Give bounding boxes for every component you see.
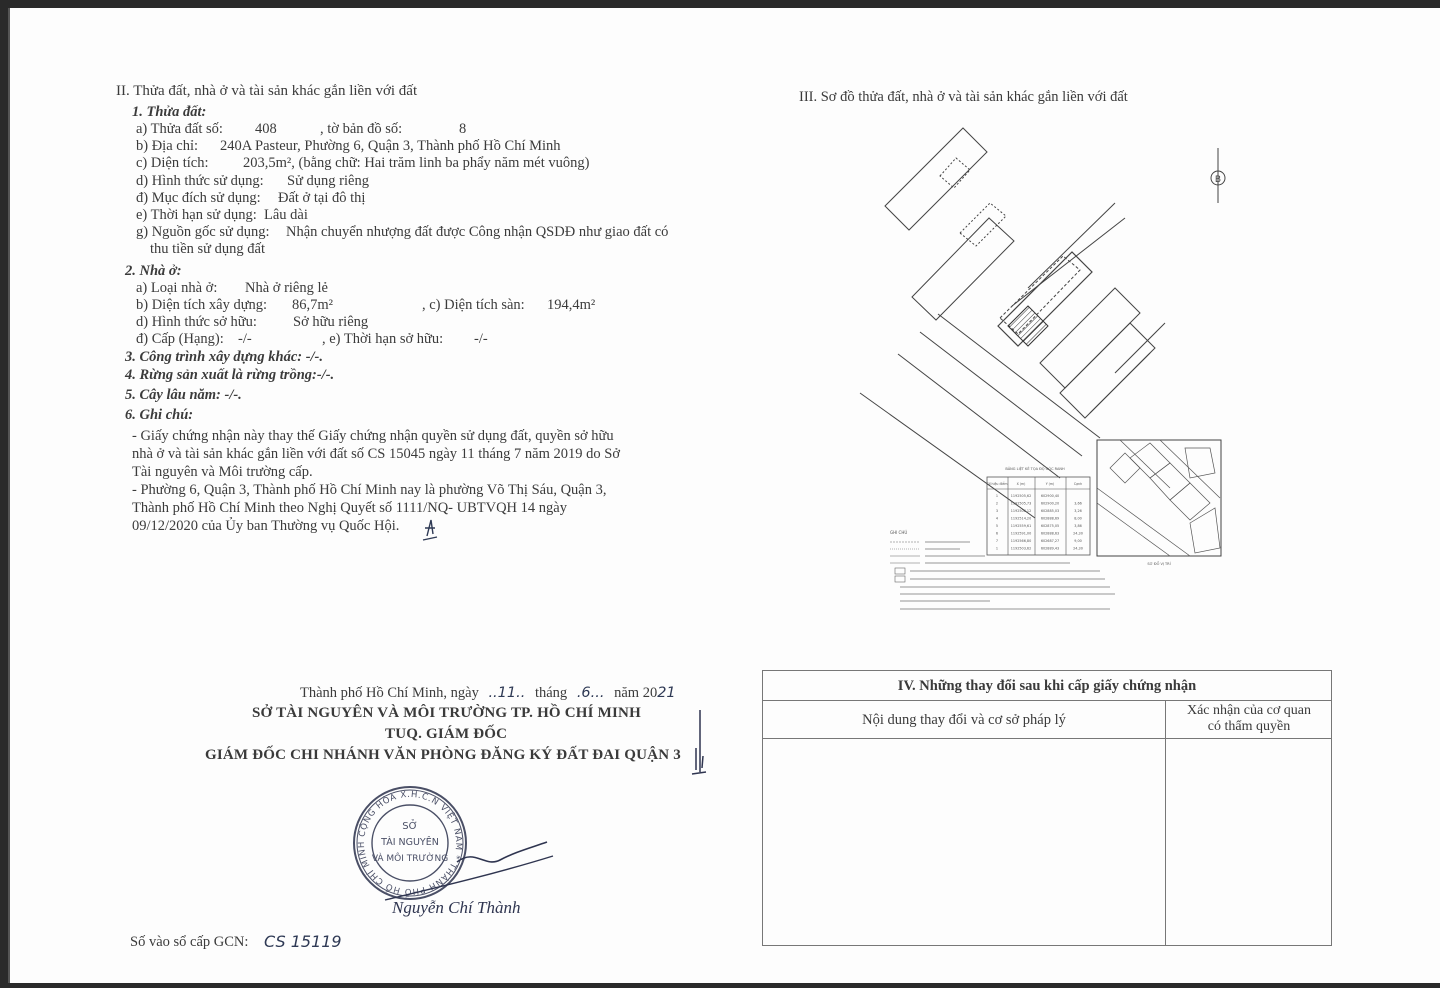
- map-sheet-label: , tờ bản đồ số:: [320, 121, 402, 138]
- svg-text:GHI CHÚ: GHI CHÚ: [890, 530, 907, 535]
- svg-text:SỞ: SỞ: [402, 818, 417, 832]
- section-iii-title: III. Sơ đồ thửa đất, nhà ở và tài sản kh…: [799, 89, 1128, 106]
- svg-text:4: 4: [996, 517, 998, 521]
- on-behalf-title: TUQ. GIÁM ĐỐC: [385, 726, 507, 743]
- area-value: 203,5m², (bằng chữ: Hai trăm linh ba phẩ…: [243, 155, 589, 172]
- production-forest: 4. Rừng sản xuất là rừng trồng:-/-.: [125, 367, 334, 384]
- ownership-term-value: -/-: [474, 331, 488, 348]
- ownership-form-value: Sở hữu riêng: [293, 314, 368, 331]
- usage-term-label: e) Thời hạn sử dụng:: [136, 207, 257, 224]
- svg-text:602888,63: 602888,63: [1041, 532, 1059, 536]
- usage-purpose-value: Đất ở tại đô thị: [278, 190, 365, 207]
- ownership-form-label: d) Hình thức sở hữu:: [136, 314, 257, 331]
- change-content-header: Nội dung thay đổi và cơ sở pháp lý: [763, 701, 1165, 739]
- svg-text:1192514,20: 1192514,20: [1011, 517, 1032, 521]
- parcel-heading: 1. Thửa đất:: [132, 104, 206, 121]
- svg-text:1: 1: [996, 494, 998, 498]
- column-divider: [1165, 701, 1166, 945]
- grade-label: đ) Cấp (Hạng):: [136, 331, 224, 348]
- origin-label: g) Nguồn gốc sử dụng:: [136, 224, 270, 241]
- signer-name: Nguyễn Chí Thành: [392, 898, 520, 918]
- svg-text:6: 6: [996, 532, 998, 536]
- svg-text:1192591,00: 1192591,00: [1011, 532, 1032, 536]
- svg-text:Cạnh: Cạnh: [1074, 482, 1082, 486]
- date-month: .6...: [577, 685, 605, 701]
- usage-purpose-label: đ) Mục đích sử dụng:: [136, 190, 261, 207]
- date-year-label: năm 20: [614, 685, 657, 701]
- changes-table-header-row: Nội dung thay đổi và cơ sở pháp lý Xác n…: [763, 701, 1331, 739]
- note-line: Tài nguyên và Môi trường cấp.: [132, 464, 313, 481]
- usage-term-value: Lâu dài: [264, 207, 308, 224]
- svg-text:24,30: 24,30: [1073, 547, 1083, 551]
- svg-text:1192506,12: 1192506,12: [1011, 509, 1032, 513]
- note-line: - Giấy chứng nhận này thay thế Giấy chứn…: [132, 428, 614, 445]
- note-line: - Phường 6, Quận 3, Thành phố Hồ Chí Min…: [132, 482, 607, 499]
- svg-text:602889,43: 602889,43: [1041, 547, 1059, 551]
- grade-value: -/-: [238, 331, 252, 348]
- svg-text:3: 3: [996, 509, 998, 513]
- location-map: SƠ ĐỒ VỊ TRÍ: [1097, 440, 1221, 566]
- floor-area-label: , c) Diện tích sàn:: [422, 297, 525, 314]
- parcel-diagram: B BẢNG LIỆT KÊ TỌA ĐỘ GÓC RANH Số hiệu đ…: [770, 108, 1240, 618]
- date-month-label: tháng: [535, 685, 567, 701]
- svg-text:5: 5: [996, 524, 998, 528]
- changes-table-title: IV. Những thay đổi sau khi cấp giấy chứn…: [763, 671, 1331, 701]
- floor-area-value: 194,4m²: [547, 297, 595, 314]
- note-line: Thành phố Hồ Chí Minh theo Nghị Quyết số…: [132, 500, 567, 517]
- house-type-value: Nhà ở riêng lẻ: [245, 280, 328, 297]
- svg-text:9,00: 9,00: [1074, 539, 1082, 543]
- note-line: nhà ở và tài sản khác gắn liền với đất s…: [132, 446, 620, 463]
- certificate-page: II. Thửa đất, nhà ở và tài sản khác gắn …: [8, 8, 1440, 983]
- address-value: 240A Pasteur, Phường 6, Quận 3, Thành ph…: [220, 138, 561, 155]
- area-label: c) Diện tích:: [136, 155, 208, 172]
- origin-value-line1: Nhận chuyển nhượng đất được Công nhận QS…: [286, 224, 668, 241]
- svg-text:1192505,73: 1192505,73: [1011, 502, 1032, 506]
- agency-name: SỞ TÀI NGUYÊN VÀ MÔI TRƯỜNG TP. HỒ CHÍ M…: [252, 705, 641, 722]
- address-label: b) Địa chỉ:: [136, 138, 198, 155]
- usage-form-label: d) Hình thức sử dụng:: [136, 173, 264, 190]
- svg-text:602900,40: 602900,40: [1041, 494, 1059, 498]
- other-construction: 3. Công trình xây dựng khác: -/-.: [125, 349, 323, 366]
- register-value: CS 15119: [264, 932, 342, 951]
- svg-text:3,66: 3,66: [1074, 502, 1082, 506]
- svg-text:8,00: 8,00: [1074, 517, 1082, 521]
- svg-text:X (m): X (m): [1017, 482, 1026, 486]
- signature-mark-icon: [690, 708, 710, 778]
- initial-mark-icon: [421, 516, 445, 542]
- svg-text:602687,27: 602687,27: [1041, 539, 1059, 543]
- construction-area-label: b) Diện tích xây dựng:: [136, 297, 267, 314]
- usage-form-value: Sử dụng riêng: [287, 173, 369, 190]
- svg-text:602875,05: 602875,05: [1041, 524, 1059, 528]
- coordinate-table: BẢNG LIỆT KÊ TỌA ĐỘ GÓC RANH Số hiệu điể…: [987, 466, 1090, 555]
- svg-text:24,30: 24,30: [1073, 532, 1083, 536]
- svg-text:SƠ ĐỒ VỊ TRÍ: SƠ ĐỒ VỊ TRÍ: [1147, 561, 1170, 566]
- date-year-suffix: 21: [657, 685, 675, 701]
- svg-text:1192559,61: 1192559,61: [1011, 524, 1032, 528]
- construction-area-value: 86,7m²: [292, 297, 333, 314]
- svg-text:Y (m): Y (m): [1046, 482, 1055, 486]
- svg-text:3,26: 3,26: [1074, 509, 1082, 513]
- date-day: ..11..: [488, 685, 525, 701]
- svg-text:1192503,62: 1192503,62: [1011, 547, 1032, 551]
- svg-text:1192505,62: 1192505,62: [1011, 494, 1032, 498]
- building-footprint: [1008, 306, 1048, 346]
- svg-text:602900,20: 602900,20: [1041, 502, 1059, 506]
- date-prefix: Thành phố Hồ Chí Minh, ngày: [300, 685, 479, 701]
- svg-text:2: 2: [996, 502, 998, 506]
- changes-table: IV. Những thay đổi sau khi cấp giấy chứn…: [762, 670, 1332, 946]
- svg-text:B: B: [1215, 175, 1221, 185]
- svg-text:BẢNG LIỆT KÊ TỌA ĐỘ GÓC RANH: BẢNG LIỆT KÊ TỌA ĐỘ GÓC RANH: [1005, 466, 1065, 471]
- signer-position: GIÁM ĐỐC CHI NHÁNH VĂN PHÒNG ĐĂNG KÝ ĐẤT…: [205, 747, 681, 764]
- map-sheet-value: 8: [459, 121, 466, 138]
- svg-text:1192566,80: 1192566,80: [1011, 539, 1032, 543]
- parcel-number-label: a) Thửa đất số:: [136, 121, 223, 138]
- svg-text:7: 7: [996, 539, 998, 543]
- svg-text:Số hiệu điểm: Số hiệu điểm: [987, 481, 1008, 486]
- perennial-trees: 5. Cây lâu năm: -/-.: [125, 387, 242, 404]
- parcel-number-value: 408: [255, 121, 277, 138]
- section-ii-title: II. Thửa đất, nhà ở và tài sản khác gắn …: [116, 83, 417, 100]
- house-type-label: a) Loại nhà ở:: [136, 280, 217, 297]
- register-label: Số vào sổ cấp GCN:: [130, 934, 248, 951]
- note-line: 09/12/2020 của Ủy ban Thường vụ Quốc Hội…: [132, 518, 399, 535]
- ownership-term-label: , e) Thời hạn sở hữu:: [322, 331, 443, 348]
- notes-heading: 6. Ghi chú:: [125, 407, 193, 424]
- svg-text:602885,03: 602885,03: [1041, 509, 1059, 513]
- svg-text:3,86: 3,86: [1074, 524, 1082, 528]
- authority-confirmation-header: Xác nhận của cơ quan có thẩm quyền: [1167, 703, 1331, 735]
- svg-text:1: 1: [996, 547, 998, 551]
- svg-text:602888,69: 602888,69: [1041, 517, 1059, 521]
- date-line: Thành phố Hồ Chí Minh, ngày ..11.. tháng…: [300, 685, 676, 702]
- house-heading: 2. Nhà ở:: [125, 263, 182, 280]
- origin-value-line2: thu tiền sử dụng đất: [150, 241, 265, 258]
